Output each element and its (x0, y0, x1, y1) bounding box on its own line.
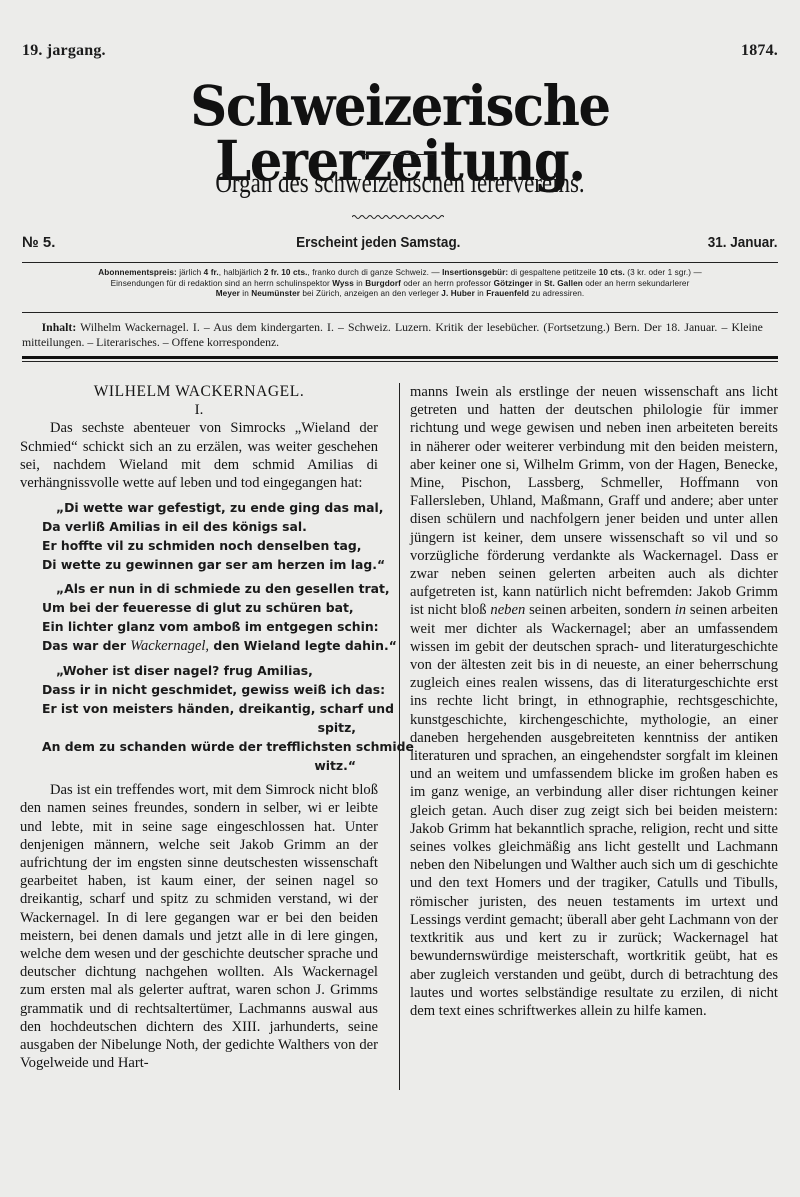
header-rule (22, 262, 778, 263)
notice-text: , halbjärlich (219, 268, 264, 277)
verse-line: Di wette zu gewinnen gar ser am herzen i… (42, 555, 378, 574)
left-column: WILHELM WACKERNAGEL. I. Das sechste aben… (20, 383, 378, 1072)
verse-quote: „Di wette war gefestigt, zu ende ging da… (20, 498, 378, 775)
verse-line: „Di wette war gefestigt, zu ende ging da… (42, 498, 378, 517)
editor-name: Wyss (332, 279, 354, 288)
masthead-subtitle: Organ des schweizerischen lerervereins. (72, 170, 728, 198)
contents-rule-secondary (22, 361, 778, 362)
notice-text: järlich (177, 268, 204, 277)
place-name: St. Gallen (544, 279, 583, 288)
notice-text: bei Zürich, anzeigen an den verleger (300, 289, 441, 298)
verse-stanza: „Di wette war gefestigt, zu ende ging da… (42, 498, 378, 574)
subscription-label: Abonnementspreis: (98, 268, 177, 277)
place-name: Burgdorf (365, 279, 401, 288)
contents-rule (22, 356, 778, 359)
half-year-price: 2 fr. 10 cts. (264, 268, 308, 277)
verse-text: den Wieland legte dahin.“ (209, 638, 397, 653)
notice-text: zu adressiren. (529, 289, 584, 298)
publisher-name: J. Huber (441, 289, 475, 298)
insertion-price: 10 cts. (599, 268, 625, 277)
body-paragraph: Das ist ein treffendes wort, mit dem Sim… (20, 781, 378, 1072)
right-column: manns Iwein als erstlinge der neuen wiss… (410, 383, 778, 1020)
verse-line: An dem zu schanden würde der trefflichst… (42, 737, 378, 756)
editor-name: Götzinger (494, 279, 533, 288)
verse-line: „Woher ist diser nagel? frug Amilias, (42, 661, 378, 680)
notice-text: oder an herrn professor (401, 279, 494, 288)
notice-text: oder an herrn sekundarlerer (583, 279, 690, 288)
notice-text: (3 kr. oder 1 sgr.) — (625, 268, 702, 277)
issue-date: 31. Januar. (708, 234, 778, 251)
article-title: WILHELM WACKERNAGEL. (20, 383, 378, 401)
verse-line: Da verliß Amilias in eil des königs sal. (42, 517, 378, 536)
masthead-divider (362, 154, 434, 155)
table-of-contents: Inhalt: Wilhelm Wackernagel. I. – Aus de… (22, 320, 763, 350)
publication-frequency: Erscheint jeden Samstag. (296, 234, 460, 251)
verse-runover: spitz, (42, 718, 378, 737)
body-paragraph-continued: manns Iwein als erstlinge der neuen wiss… (410, 383, 778, 1020)
intro-paragraph: Das sechste abenteuer von Simrocks „Wiel… (20, 419, 378, 492)
subscription-notice: Abonnementspreis: järlich 4 fr., halbjär… (22, 268, 778, 300)
body-emphasis: neben (490, 602, 525, 618)
header-topline: 19. jargang. 1874. (22, 42, 778, 60)
volume-label: 19. jargang. (22, 42, 106, 60)
verse-line: Ein lichter glanz vom amboß im entgegen … (42, 617, 378, 636)
verse-line: Er hoffte vil zu schmiden noch denselben… (42, 536, 378, 555)
place-name: Neumünster (251, 289, 300, 298)
notice-text: di gespaltene petitzeile (508, 268, 598, 277)
editor-name: Meyer (216, 289, 240, 298)
body-text: seinen arbeiten weit mer dichter als Wac… (410, 602, 778, 1018)
verse-line: „Als er nun in di schmiede zu den gesell… (42, 579, 378, 598)
body-text: seinen arbeiten, sondern (525, 602, 674, 618)
year-label: 1874. (741, 42, 778, 60)
notice-text: Einsendungen für di redaktion sind an he… (111, 279, 333, 288)
ornamental-wave-divider (352, 214, 444, 220)
body-emphasis: in (675, 602, 686, 618)
section-number: I. (20, 401, 378, 419)
issue-number: № 5. (22, 234, 55, 251)
verse-stanza: „Woher ist diser nagel? frug Amilias, Da… (42, 661, 378, 775)
notice-text: in (240, 289, 251, 298)
verse-runover: witz.“ (42, 756, 378, 775)
notice-text: in (475, 289, 486, 298)
column-separator (399, 383, 400, 1090)
verse-line: Dass ir in nicht geschmidet, gewiss weiß… (42, 680, 378, 699)
body-text: manns Iwein als erstlinge der neuen wiss… (410, 384, 778, 618)
verse-line: Um bei der feueresse di glut zu schüren … (42, 598, 378, 617)
contents-text: Wilhelm Wackernagel. I. – Aus dem kinder… (22, 320, 763, 349)
verse-emphasis: Wackernagel, (130, 638, 209, 654)
verse-text: Das war der (42, 638, 130, 653)
notice-text: , franko durch di ganze Schweiz. — (307, 268, 442, 277)
verse-line: Das war der Wackernagel, den Wieland leg… (42, 636, 378, 656)
annual-price: 4 fr. (204, 268, 219, 277)
verse-line: Er ist von meisters händen, dreikantig, … (42, 699, 378, 718)
newspaper-page: 19. jargang. 1874. Schweizerische Lererz… (0, 0, 800, 1197)
place-name: Frauenfeld (486, 289, 529, 298)
contents-label: Inhalt: (42, 320, 77, 334)
notice-rule (22, 312, 778, 313)
issue-line: № 5. Erscheint jeden Samstag. 31. Januar… (22, 234, 778, 251)
notice-text: in (354, 279, 365, 288)
insertion-label: Insertionsgebür: (442, 268, 508, 277)
notice-text: in (533, 279, 544, 288)
verse-stanza: „Als er nun in di schmiede zu den gesell… (42, 579, 378, 656)
